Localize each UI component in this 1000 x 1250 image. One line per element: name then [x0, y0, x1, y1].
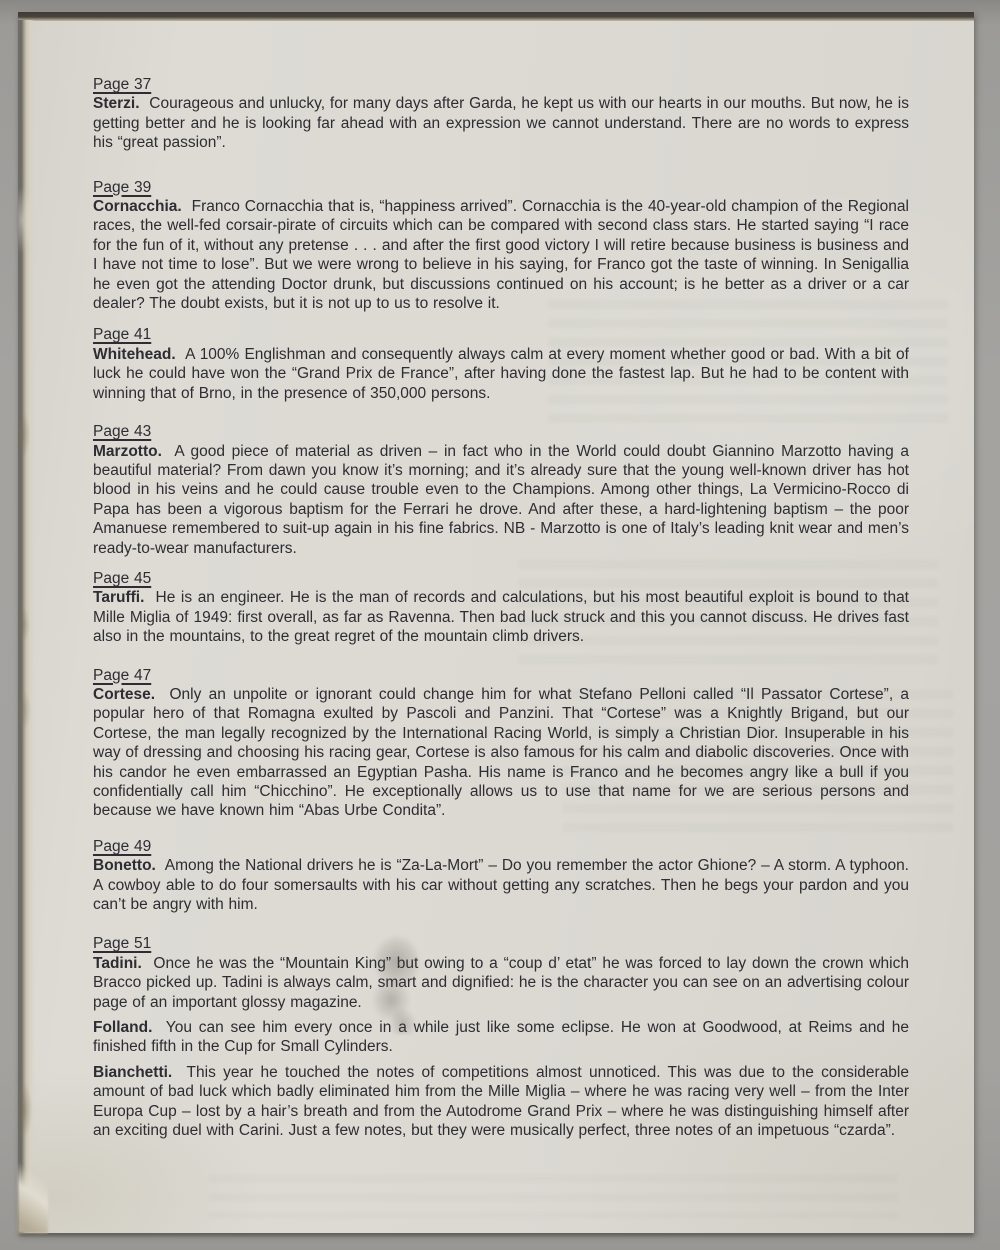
entry-text: A 100% Englishman and consequently alway… [93, 346, 909, 402]
entry-name: Bianchetti. [93, 1064, 172, 1081]
entry-text: Courageous and unlucky, for many days af… [93, 95, 909, 151]
page-heading: Page 41 [93, 325, 151, 344]
entry-name: Tadini. [93, 955, 142, 972]
print-bleed-through [208, 1174, 898, 1219]
entry-paragraph: Taruffi. He is an engineer. He is the ma… [93, 588, 909, 646]
entry-name: Cortese. [93, 686, 155, 703]
page-section: Page 45Taruffi. He is an engineer. He is… [93, 569, 909, 647]
entry-paragraph: Cornacchia. Franco Cornacchia that is, “… [93, 197, 909, 313]
page-content: Page 37Sterzi. Courageous and unlucky, f… [93, 75, 909, 1141]
entry-name: Cornacchia. [93, 198, 182, 215]
entry-text: Once he was the “Mountain King” but owin… [93, 955, 909, 1011]
entry-name: Taruffi. [93, 589, 144, 606]
page-heading: Page 49 [93, 837, 151, 856]
page-heading: Page 39 [93, 178, 151, 197]
entry-text: A good piece of material as driven – in … [93, 443, 909, 557]
page-heading: Page 37 [93, 75, 151, 94]
entry-name: Bonetto. [93, 857, 156, 874]
entry-paragraph: Whitehead. A 100% Englishman and consequ… [93, 345, 909, 403]
page-section: Page 51Tadini. Once he was the “Mountain… [93, 934, 909, 1140]
entry-paragraph: Folland. You can see him every once in a… [93, 1018, 909, 1057]
entry-name: Marzotto. [93, 443, 162, 460]
page-section: Page 47Cortese. Only an unpolite or igno… [93, 666, 909, 821]
paper-crumpled-left-edge [18, 20, 35, 1233]
page-section: Page 41Whitehead. A 100% Englishman and … [93, 325, 909, 403]
entry-text: Franco Cornacchia that is, “happiness ar… [93, 198, 909, 312]
entry-text: Among the National drivers he is “Za-La-… [93, 857, 909, 913]
entry-text: You can see him every once in a while ju… [93, 1019, 909, 1055]
page-heading: Page 51 [93, 934, 151, 953]
entry-name: Whitehead. [93, 346, 176, 363]
entry-paragraph: Tadini. Once he was the “Mountain King” … [93, 954, 909, 1012]
entry-paragraph: Marzotto. A good piece of material as dr… [93, 442, 909, 558]
page-heading: Page 43 [93, 422, 151, 441]
page-section: Page 49Bonetto. Among the National drive… [93, 837, 909, 915]
page-heading: Page 47 [93, 666, 151, 685]
page-section: Page 39Cornacchia. Franco Cornacchia tha… [93, 178, 909, 314]
page-heading: Page 45 [93, 569, 151, 588]
entry-paragraph: Bonetto. Among the National drivers he i… [93, 856, 909, 914]
page-section: Page 43Marzotto. A good piece of materia… [93, 422, 909, 558]
entry-name: Folland. [93, 1019, 152, 1036]
paper-corner-crease [18, 1138, 48, 1233]
entry-text: He is an engineer. He is the man of reco… [93, 589, 909, 645]
page-section: Page 37Sterzi. Courageous and unlucky, f… [93, 75, 909, 153]
entry-text: This year he touched the notes of compet… [93, 1064, 909, 1139]
entry-paragraph: Sterzi. Courageous and unlucky, for many… [93, 94, 909, 152]
entry-paragraph: Bianchetti. This year he touched the not… [93, 1063, 909, 1141]
entry-text: Only an unpolite or ignorant could chang… [93, 686, 909, 819]
entry-paragraph: Cortese. Only an unpolite or ignorant co… [93, 685, 909, 821]
scanned-page: Page 37Sterzi. Courageous and unlucky, f… [18, 12, 974, 1233]
entry-name: Sterzi. [93, 95, 140, 112]
